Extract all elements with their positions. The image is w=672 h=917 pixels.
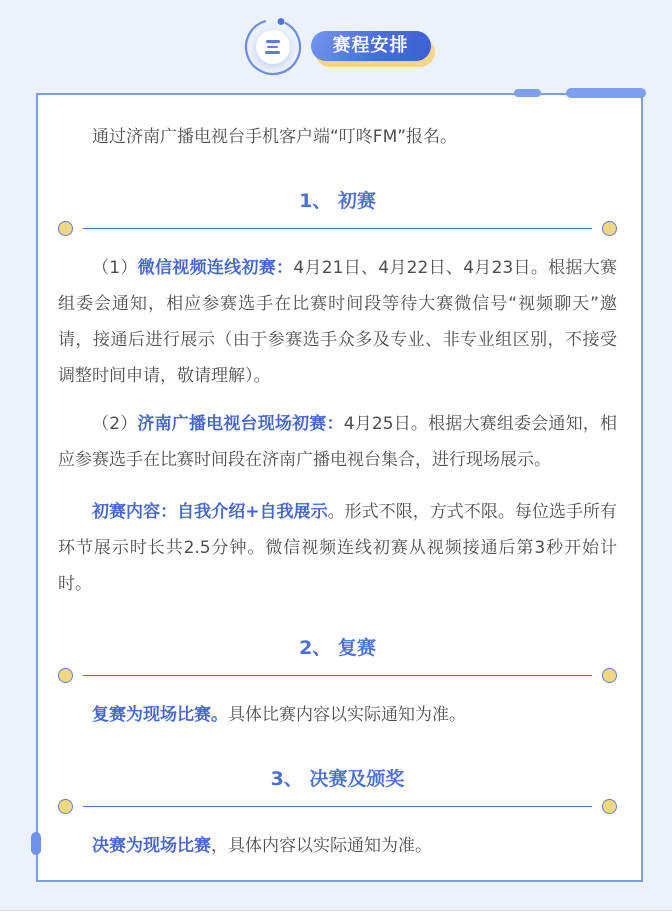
paragraph-text: 具体比赛内容以实际通知为准。 bbox=[228, 705, 466, 725]
decoration-side-pill bbox=[31, 832, 41, 855]
menu-icon bbox=[242, 16, 304, 78]
paragraph-highlight: 复赛为现场比赛。 bbox=[92, 705, 228, 725]
section-divider bbox=[58, 799, 617, 814]
bottom-strip bbox=[0, 910, 672, 917]
paragraph-lead: （2） bbox=[92, 414, 137, 434]
divider-dot-left bbox=[58, 668, 73, 683]
paragraph-highlight: 初赛内容：自我介绍+自我展示 bbox=[92, 502, 328, 522]
intro-paragraph: 通过济南广播电视台手机客户端“叮咚FM”报名。 bbox=[58, 119, 617, 155]
divider-line bbox=[83, 228, 592, 229]
page-header: 赛程安排 bbox=[0, 0, 672, 93]
paragraph-highlight: 微信视频连线初赛： bbox=[138, 258, 294, 278]
decoration-dash-short bbox=[514, 89, 541, 97]
section-semifinal: 2、 复赛 复赛为现场比赛。具体比赛内容以实际通知为准。 bbox=[58, 634, 617, 733]
paragraph-highlight: 决赛为现场比赛 bbox=[92, 836, 211, 856]
divider-dot-left bbox=[58, 799, 73, 814]
divider-dot-right bbox=[602, 221, 617, 236]
section-title: 2、 复赛 bbox=[58, 634, 617, 662]
paragraph-lead: （1） bbox=[92, 258, 138, 278]
divider-line bbox=[83, 675, 592, 676]
paragraph-text: ，具体内容以实际通知为准。 bbox=[211, 836, 432, 856]
paragraph: 决赛为现场比赛，具体内容以实际通知为准。 bbox=[58, 828, 617, 864]
paragraph: （2）济南广播电视台现场初赛：4月25日。根据大赛组委会通知，相应参赛选手在比赛… bbox=[58, 406, 617, 478]
paragraph-highlight: 济南广播电视台现场初赛： bbox=[137, 414, 343, 434]
section-final: 3、 决赛及颁奖 决赛为现场比赛，具体内容以实际通知为准。 bbox=[58, 765, 617, 864]
paragraph: 复赛为现场比赛。具体比赛内容以实际通知为准。 bbox=[58, 697, 617, 733]
title-badge: 赛程安排 bbox=[311, 31, 431, 61]
divider-dot-left bbox=[58, 221, 73, 236]
section-divider bbox=[58, 221, 617, 236]
section-title: 3、 决赛及颁奖 bbox=[58, 765, 617, 793]
paragraph: （1）微信视频连线初赛：4月21日、4月22日、4月23日。根据大赛组委会通知，… bbox=[58, 250, 617, 394]
divider-dot-right bbox=[602, 668, 617, 683]
divider-dot-right bbox=[602, 799, 617, 814]
content-card: 通过济南广播电视台手机客户端“叮咚FM”报名。 1、 初赛 （1）微信视频连线初… bbox=[36, 93, 643, 882]
section-preliminary: 1、 初赛 （1）微信视频连线初赛：4月21日、4月22日、4月23日。根据大赛… bbox=[58, 187, 617, 602]
decoration-dash-long bbox=[566, 88, 646, 98]
divider-line bbox=[83, 806, 592, 807]
section-divider bbox=[58, 668, 617, 683]
section-title: 1、 初赛 bbox=[58, 187, 617, 215]
hamburger-icon bbox=[256, 30, 290, 64]
paragraph: 初赛内容：自我介绍+自我展示。形式不限，方式不限。每位选手所有环节展示时长共2.… bbox=[58, 494, 617, 602]
